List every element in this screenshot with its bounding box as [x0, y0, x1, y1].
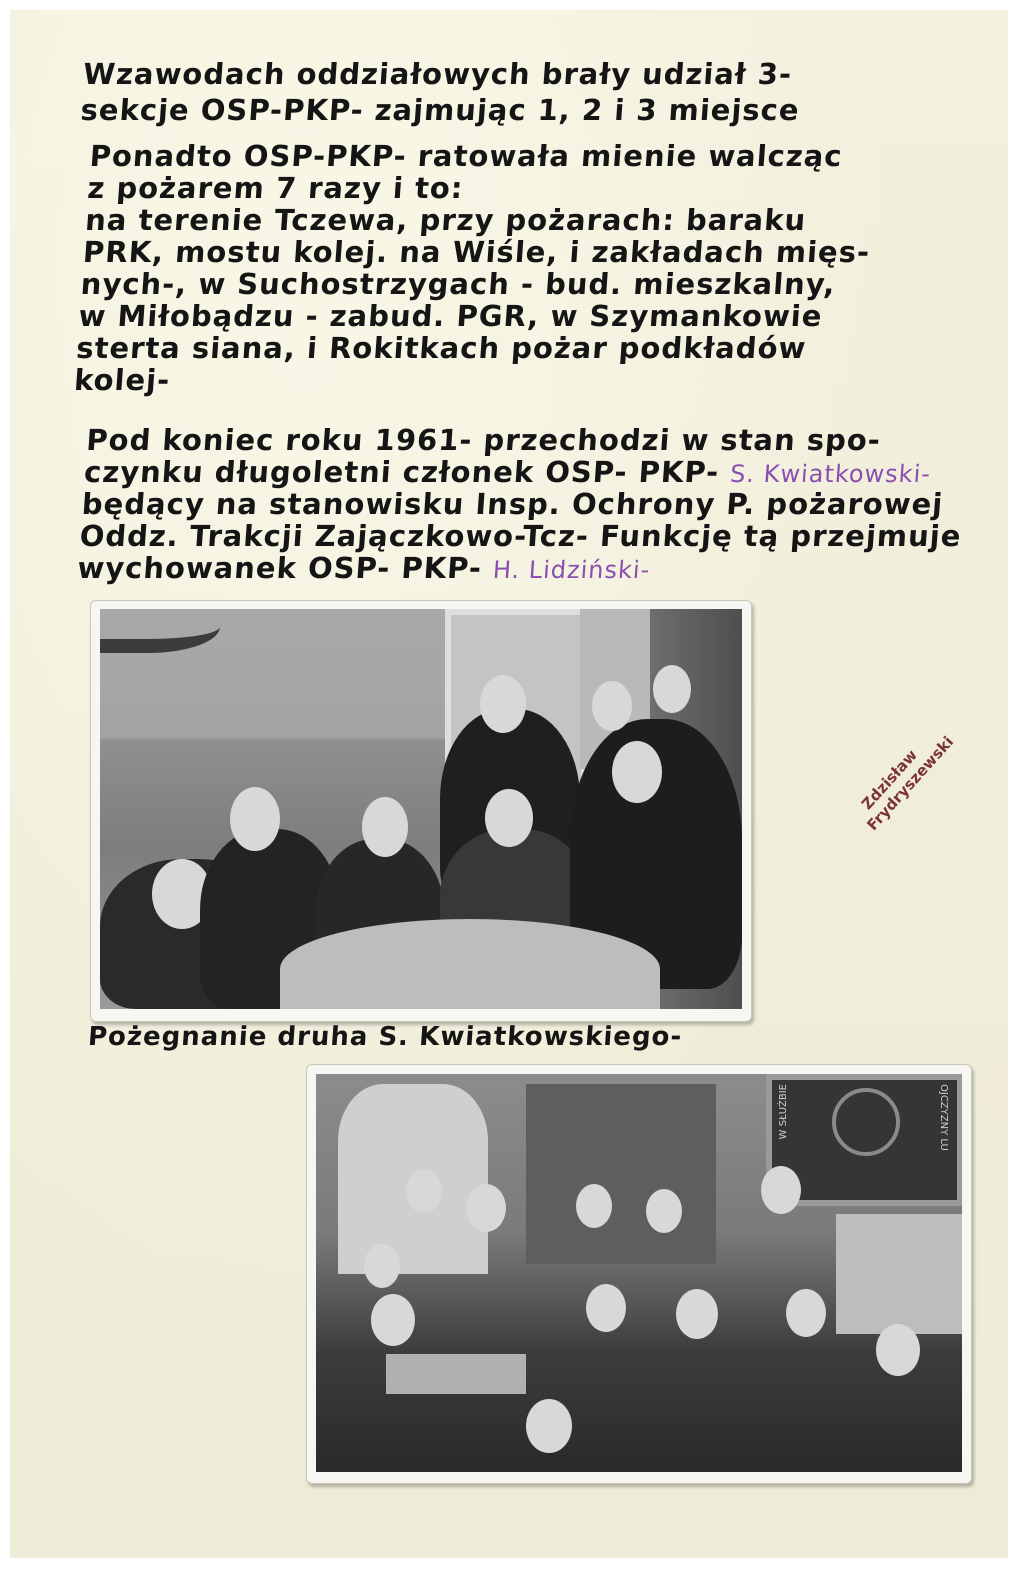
lamp-fixture: [100, 609, 220, 653]
banner-text: OJCZYZNY LU: [938, 1084, 949, 1151]
person-head: [485, 789, 533, 847]
text-line: z pożarem 7 razy i to:: [86, 172, 875, 204]
person-head: [576, 1184, 612, 1228]
photo-group-gathering: W SŁUŻBIE OJCZYZNY LU: [306, 1064, 972, 1484]
person-head: [466, 1184, 506, 1232]
text-line: na terenie Tczewa, przy pożarach: baraku: [84, 204, 873, 236]
person-head: [653, 665, 691, 713]
name-lidzinski: H. Lidziński-: [492, 556, 651, 584]
person-head: [646, 1189, 682, 1233]
photo-image: [100, 609, 742, 1009]
person-head: [406, 1169, 442, 1213]
photo-image: W SŁUŻBIE OJCZYZNY LU: [316, 1074, 962, 1472]
person-head: [364, 1244, 400, 1288]
text-segment: wychowanek OSP- PKP-: [76, 551, 483, 585]
text-segment: czynku długoletni członek OSP- PKP-: [83, 455, 720, 489]
text-line: sekcje OSP-PKP- zajmując 1, 2 i 3 miejsc…: [79, 92, 800, 128]
person-head: [230, 787, 280, 851]
person-head: [371, 1294, 415, 1346]
text-line: czynku długoletni członek OSP- PKP- S. K…: [83, 456, 967, 488]
paragraph-fires: Ponadto OSP-PKP- ratowała mienie walcząc…: [73, 140, 878, 396]
person-head: [612, 741, 662, 803]
text-line: Oddz. Trakcji Zajączkowo-Tcz- Funkcję tą…: [79, 520, 963, 552]
person-head: [362, 797, 408, 857]
table: [386, 1354, 526, 1394]
text-line: Ponadto OSP-PKP- ratowała mienie walcząc: [89, 140, 878, 172]
text-line: Pod koniec roku 1961- przechodzi w stan …: [85, 424, 969, 456]
text-line: będący na stanowisku Insp. Ochrony P. po…: [81, 488, 965, 520]
person-head: [876, 1324, 920, 1376]
wall-cabinet: [526, 1084, 716, 1264]
text-line: w Miłobądzu - zabud. PGR, w Szymankowie: [78, 300, 867, 332]
photo-farewell-table: [90, 600, 752, 1022]
emblem: [832, 1088, 900, 1156]
person-head: [586, 1284, 626, 1332]
paragraph-retirement: Pod koniec roku 1961- przechodzi w stan …: [76, 424, 969, 584]
text-line: wychowanek OSP- PKP- H. Lidziński-: [76, 552, 960, 584]
text-line: nych-, w Suchostrzygach - bud. mieszkaln…: [80, 268, 869, 300]
bookshelf: [836, 1214, 962, 1334]
person-head: [676, 1289, 718, 1339]
text-line: kolej-: [73, 364, 862, 396]
name-kwiatkowski: S. Kwiatkowski-: [729, 460, 932, 488]
photo-caption: Pożegnanie druha S. Kwiatkowskiego-: [87, 1022, 683, 1052]
text-line: Wzawodach oddziałowych brały udział 3-: [82, 56, 803, 92]
person-head: [761, 1166, 801, 1214]
person-head: [480, 675, 526, 733]
table: [280, 919, 660, 1009]
banner-text: W SŁUŻBIE: [778, 1084, 789, 1139]
person-head: [592, 681, 632, 731]
paragraph-competitions: Wzawodach oddziałowych brały udział 3- s…: [79, 56, 803, 128]
text-line: sterta siana, i Rokitkach pożar podkładó…: [75, 332, 864, 364]
person-head: [526, 1399, 572, 1453]
person-head: [786, 1289, 826, 1337]
text-line: PRK, mostu kolej. na Wiśle, i zakładach …: [82, 236, 871, 268]
